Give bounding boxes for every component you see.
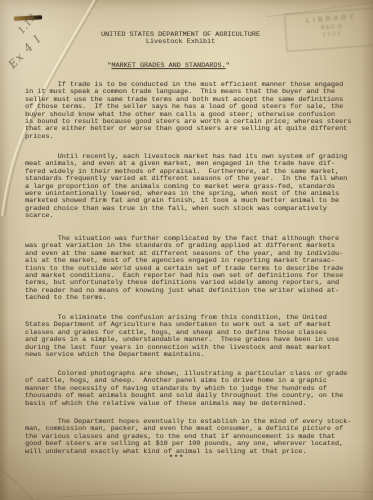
document-header: UNITED STATES DEPARTMENT OF AGRICULTURE …	[17, 32, 344, 47]
typed-text-layer: UNITED STATES DEPARTMENT OF AGRICULTURE …	[0, 0, 373, 500]
paragraph: If trade is to be conducted in the most …	[25, 82, 351, 141]
footer-asterisks: ***	[13, 455, 340, 462]
paragraph: Colored photographs are shown, illustrat…	[25, 371, 347, 408]
document-title: "MARKET GRADES AND STANDARDS."	[5, 63, 332, 70]
title-text: MARKET GRADES AND STANDARDS.	[111, 62, 225, 70]
paragraph: The situation was further complicated by…	[25, 236, 343, 303]
title-close-quote: "	[226, 62, 230, 70]
paragraph: Until recently, each livestock market ha…	[25, 154, 347, 221]
document-page: 1.19 Ex 4 I LIBRARY REC'D 1923 UNITED ST…	[0, 0, 373, 500]
paragraph: To eliminate the confusion arising from …	[25, 315, 339, 359]
paragraph: The Department hopes eventually to estab…	[25, 419, 351, 456]
header-exhibit-line: Livestock Exhibit	[17, 39, 344, 46]
